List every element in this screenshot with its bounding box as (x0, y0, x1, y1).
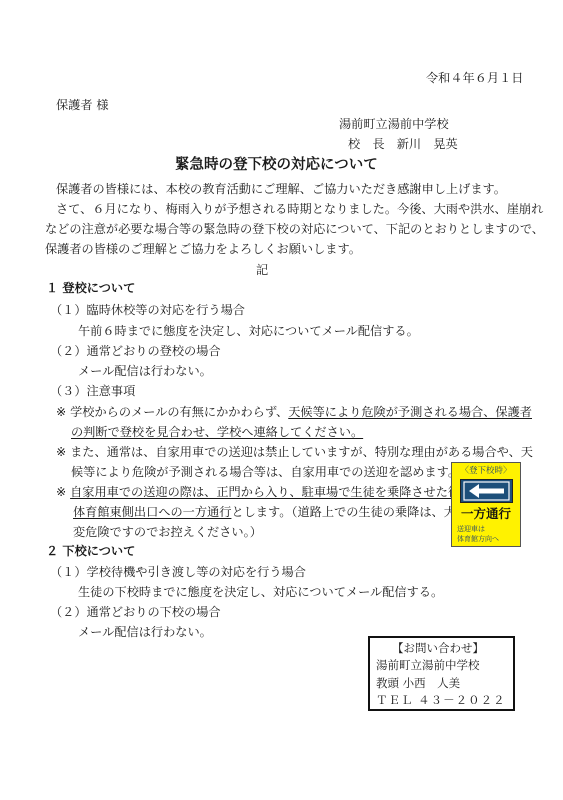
note-3-plain: とします。（道路上での生徒の乗降は、大 (231, 505, 456, 519)
section-1-item-1-text: 午前６時までに態度を決定し、対応についてメール配信する。 (78, 323, 419, 339)
one-way-sign: 〈登下校時〉 一方通行 送迎車は 体育館方向へ (451, 462, 521, 547)
note-mark: ※ (56, 405, 66, 419)
section-1-item-1-label: （１）臨時休校等の対応を行う場合 (50, 302, 245, 318)
contact-person: 教頭 小西 人美 (376, 676, 460, 690)
section-2-item-1-text: 生徒の下校時までに態度を決定し、対応についてメール配信する。 (78, 584, 443, 600)
note-1-underlined: 天候等により危険が予測される場合、保護者 (288, 405, 532, 419)
intro-line-4: 保護者の皆様のご理解とご協力をよろしくお願いします。 (45, 241, 361, 257)
contact-school: 湯前町立湯前中学校 (376, 658, 480, 672)
intro-line-1: 保護者の皆様には、本校の教育活動にご理解、ご協力いただき感謝申し上げます。 (56, 181, 506, 197)
school-name: 湯前町立湯前中学校 (339, 116, 449, 132)
document-date: 令和４年６月１日 (426, 70, 524, 86)
note-3: ※ 自家用車での送迎の際は、正門から入り、駐車場で生徒を乗降させた後、 (56, 484, 472, 500)
contact-heading: 【お問い合わせ】 (392, 641, 484, 655)
note-1-plain: 学校からのメールの有無にかかわらず、 (70, 405, 288, 419)
note-mark: ※ (56, 445, 66, 459)
note-2-line-1: また、通常は、自家用車での送迎は禁止していますが、特別な理由がある場合や、天 (70, 445, 533, 459)
note-3-line-1: 自家用車での送迎の際は、正門から入り、駐車場で生徒を乗降させた後、 (70, 485, 472, 499)
note-1: ※ 学校からのメールの有無にかかわらず、天候等により危険が予測される場合、保護者 (56, 404, 532, 420)
section-1-item-2-text: メール配信は行わない。 (78, 363, 212, 379)
ki-marker: 記 (256, 262, 268, 278)
note-2-line-2: 候等により危険が予測される場合等は、自家用車での送迎を認めます。 (71, 464, 460, 480)
contact-box: 【お問い合わせ】 湯前町立湯前中学校 教頭 小西 人美 ＴＥＬ ４３－２０２２ (368, 636, 515, 711)
note-1-line-2: の判断で登校を見合わせ、学校へ連絡してください。 (71, 424, 363, 440)
contact-phone: ＴＥＬ ４３－２０２２ (376, 693, 506, 707)
intro-line-3: などの注意が必要な場合等の緊急時の登下校の対応について、下記のとおりとしますので… (45, 221, 544, 237)
sign-sub-text: 送迎車は 体育館方向へ (457, 524, 499, 544)
sign-sub-line-2: 体育館方向へ (457, 534, 499, 544)
note-3-underlined: 体育館東側出口への一方通行 (73, 505, 231, 519)
note-3-line-2: 体育館東側出口への一方通行とします。（道路上での生徒の乗降は、大 (73, 504, 456, 520)
document-title: 緊急時の登下校の対応について (175, 157, 378, 173)
section-2-item-2-text: メール配信は行わない。 (78, 624, 212, 640)
section-2-item-1-label: （１）学校待機や引き渡し等の対応を行う場合 (50, 564, 306, 580)
section-2-item-2-label: （２）通常どおりの下校の場合 (50, 604, 221, 620)
sign-sub-line-1: 送迎車は (457, 524, 499, 534)
note-3-line-3: 変危険ですのでお控えください。） (73, 524, 262, 540)
section-1-heading: １ 登校について (46, 280, 135, 296)
intro-line-2: さて、６月になり、梅雨入りが予想される時期となりました。今後、大雨や洪水、崖崩れ (56, 201, 543, 217)
note-2: ※ また、通常は、自家用車での送迎は禁止していますが、特別な理由がある場合や、天 (56, 444, 533, 460)
left-arrow-icon (460, 479, 513, 503)
section-2-heading: ２ 下校について (46, 543, 135, 559)
sign-main-text: 一方通行 (452, 507, 520, 521)
addressee: 保護者 様 (56, 97, 109, 113)
section-1-item-3-label: （３）注意事項 (50, 383, 135, 399)
note-mark: ※ (56, 485, 66, 499)
sign-header: 〈登下校時〉 (452, 466, 520, 476)
principal-name: 校 長 新川 晃英 (348, 136, 458, 152)
section-1-item-2-label: （２）通常どおりの登校の場合 (50, 343, 221, 359)
